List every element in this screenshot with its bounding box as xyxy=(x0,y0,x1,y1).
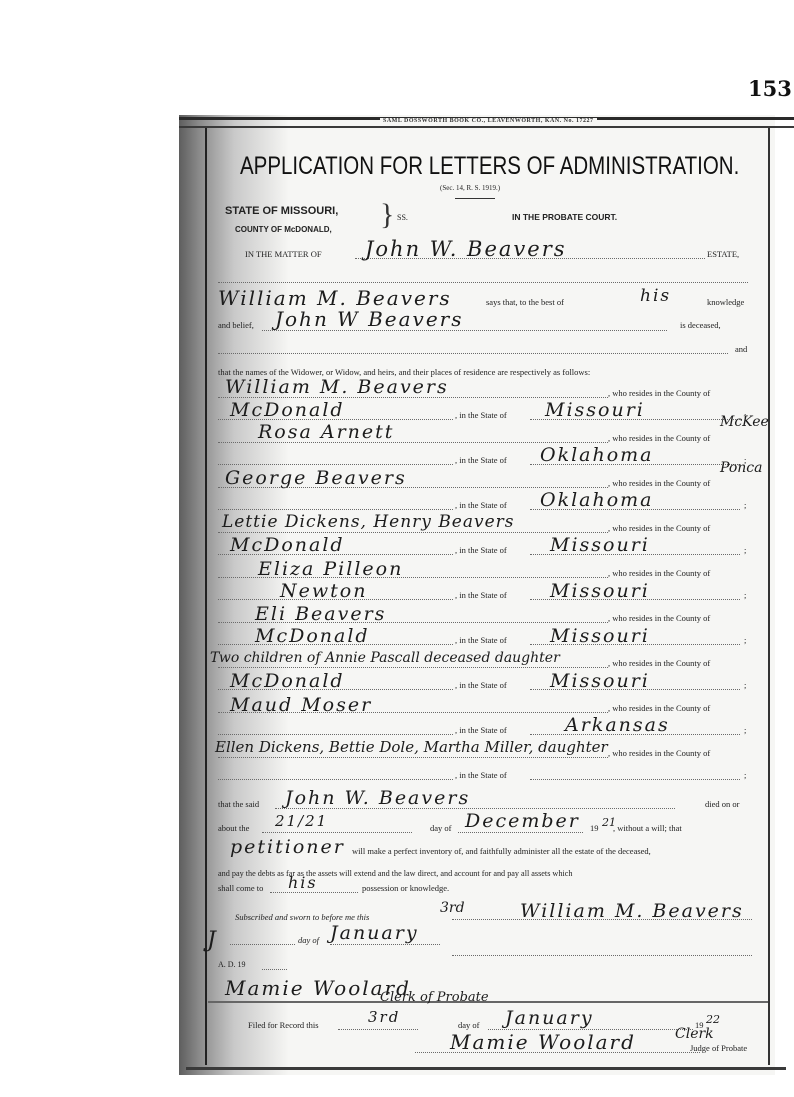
heir-3-state: Oklahoma xyxy=(540,489,654,511)
died-label: died on or xyxy=(705,799,739,809)
heir-6-resides: , who resides in the County of xyxy=(608,613,710,623)
pronoun: his xyxy=(640,286,671,306)
heir-8-resides: , who resides in the County of xyxy=(608,703,710,713)
judge-label: Judge of Probate xyxy=(690,1043,747,1053)
heir-1-dots xyxy=(218,397,608,398)
subscribed-label: Subscribed and sworn to before me this xyxy=(235,912,369,922)
heir-9-state-label: , in the State of xyxy=(455,770,507,780)
heir-6-state-label: , in the State of xyxy=(455,635,507,645)
heir-9-state-dots xyxy=(530,779,740,780)
ad-label: A. D. 19 xyxy=(218,960,246,969)
deceased-label: is deceased, xyxy=(680,320,721,330)
frame-right xyxy=(768,128,770,1065)
heir-5-state-label: , in the State of xyxy=(455,590,507,600)
heir-3-resides: , who resides in the County of xyxy=(608,478,710,488)
page-number: 153 xyxy=(748,76,792,101)
come-to-dots xyxy=(270,892,358,893)
and-dots xyxy=(218,353,728,354)
heir-7-resides: , who resides in the County of xyxy=(608,658,710,668)
clerk-title: Clerk of Probate xyxy=(380,990,489,1005)
heir-3-state-dots xyxy=(530,509,740,510)
deceased-name: John W Beavers xyxy=(275,307,464,331)
heir-4-state-label: , in the State of xyxy=(455,545,507,555)
day-of-label: day of xyxy=(430,823,451,833)
heir-5-state-dots xyxy=(530,599,740,600)
filed-day: 3rd xyxy=(368,1008,400,1026)
court-label: IN THE PROBATE COURT. xyxy=(512,212,617,222)
heir-1-resides: , who resides in the County of xyxy=(608,388,710,398)
heir-2-resides: , who resides in the County of xyxy=(608,433,710,443)
scan-shadow xyxy=(179,115,289,1075)
judge-note: Clerk xyxy=(675,1026,714,1042)
heir-1-state: Missouri xyxy=(545,399,645,421)
heir-2-state: Oklahoma xyxy=(540,444,654,466)
bottom-border xyxy=(186,1067,786,1070)
possession-label: possession or knowledge. xyxy=(362,883,449,893)
debts-text: and pay the debts as far as the assets w… xyxy=(218,869,572,878)
semicolon: ; xyxy=(744,545,746,555)
ad-dots xyxy=(262,969,287,970)
inventory-text: will make a perfect inventory of, and fa… xyxy=(352,846,651,856)
sworn-day-dots xyxy=(230,944,295,945)
estate-label: ESTATE, xyxy=(707,249,739,259)
sworn-month: January xyxy=(330,922,419,944)
judge-signature: Mamie Woolard xyxy=(450,1030,636,1054)
semicolon: ; xyxy=(744,725,746,735)
semicolon: ; xyxy=(744,635,746,645)
semicolon: ; xyxy=(744,590,746,600)
day-of-label2: day of xyxy=(298,935,319,945)
filed-label: Filed for Record this xyxy=(248,1020,319,1030)
filed-day-of-label: day of xyxy=(458,1020,479,1030)
knowledge-label: knowledge xyxy=(707,297,744,307)
frame-left xyxy=(205,128,207,1065)
brace: } xyxy=(380,198,394,232)
heir-4-state: Missouri xyxy=(550,534,650,556)
heir-4-name: Lettie Dickens, Henry Beavers xyxy=(222,512,515,532)
and-label: and xyxy=(735,344,747,354)
death-month: December xyxy=(465,810,580,832)
heir-8-state: Arkansas xyxy=(565,714,670,736)
heir-2-state-label: , in the State of xyxy=(455,455,507,465)
matter-name: John W. Beavers xyxy=(365,237,567,261)
heir-2-county: McKee xyxy=(720,414,769,430)
heir-3-dots xyxy=(218,487,608,488)
that-said-label: that the said xyxy=(218,799,259,809)
heir-7-name: Two children of Annie Pascall deceased d… xyxy=(210,650,560,666)
about-dots xyxy=(262,832,412,833)
heir-1-state-label: , in the State of xyxy=(455,410,507,420)
signature-dots-2 xyxy=(452,955,752,956)
sworn-day: 3rd xyxy=(440,900,465,916)
heir-9-dots xyxy=(218,757,608,758)
heir-6-county-dots xyxy=(218,644,453,645)
top-border-inner xyxy=(179,126,794,128)
title-rule xyxy=(455,198,495,199)
come-to-label: shall come to xyxy=(218,883,263,893)
heir-3-county: Ponca xyxy=(720,460,763,476)
heir-2-dots xyxy=(218,442,608,443)
heir-4-county: McDonald xyxy=(230,534,345,556)
without-will-label: , without a will; that xyxy=(613,823,682,833)
filed-day-dots xyxy=(338,1029,418,1030)
heir-9-name: Ellen Dickens, Bettie Dole, Martha Mille… xyxy=(215,738,608,756)
possession-pronoun: his xyxy=(288,873,318,892)
sworn-initial: J xyxy=(207,928,218,953)
heir-1-county-dots xyxy=(218,419,453,420)
heir-5-county-dots xyxy=(218,599,453,600)
says-label: says that, to the best of xyxy=(486,297,564,307)
belief-label: and belief, xyxy=(218,320,254,330)
heir-7-dots xyxy=(218,667,608,668)
heir-4-state-dots xyxy=(530,554,740,555)
heir-8-dots xyxy=(218,712,608,713)
heir-9-county-dots xyxy=(218,779,453,780)
heir-8-county-dots xyxy=(218,734,453,735)
semicolon: ; xyxy=(744,680,746,690)
heir-4-dots xyxy=(218,532,608,533)
heir-1-name: William M. Beavers xyxy=(225,376,449,398)
ss-label: SS. xyxy=(397,213,408,222)
heir-4-county-dots xyxy=(218,554,453,555)
month-dots xyxy=(458,832,583,833)
heir-4-resides: , who resides in the County of xyxy=(608,523,710,533)
matter-label: IN THE MATTER OF xyxy=(245,249,322,259)
state-label: STATE OF MISSOURI, xyxy=(225,205,338,217)
heir-6-dots xyxy=(218,622,608,623)
heir-7-county-dots xyxy=(218,689,453,690)
heir-3-name: George Beavers xyxy=(225,467,407,489)
county-label: COUNTY OF McDONALD, xyxy=(235,225,332,234)
sworn-month-dots xyxy=(330,944,440,945)
printer-line: SAML DOSSWORTH BOOK CO., LEAVENWORTH, KA… xyxy=(380,118,597,124)
heir-6-state-dots xyxy=(530,644,740,645)
filed-year: 22 xyxy=(706,1013,720,1026)
heir-3-state-label: , in the State of xyxy=(455,500,507,510)
about-label: about the xyxy=(218,823,249,833)
petitioner-signature: William M. Beavers xyxy=(520,900,744,922)
blank-line xyxy=(218,282,748,283)
heir-8-state-dots xyxy=(530,734,740,735)
administrator: petitioner xyxy=(230,836,345,858)
heir-5-resides: , who resides in the County of xyxy=(608,568,710,578)
form-subtitle: (Sec. 14, R. S. 1919.) xyxy=(440,184,500,192)
heir-1-state-dots xyxy=(530,419,740,420)
heir-5-dots xyxy=(218,577,608,578)
heir-2-name: Rosa Arnett xyxy=(258,421,394,443)
form-title: APPLICATION FOR LETTERS OF ADMINISTRATIO… xyxy=(240,152,739,181)
death-day: 21/21 xyxy=(275,812,328,830)
heir-2-county-dots xyxy=(218,464,453,465)
filed-month: January xyxy=(505,1007,594,1029)
heir-2-state-dots xyxy=(530,464,740,465)
heir-7-state-dots xyxy=(530,689,740,690)
heir-8-state-label: , in the State of xyxy=(455,725,507,735)
heir-7-state-label: , in the State of xyxy=(455,680,507,690)
semicolon: ; xyxy=(744,500,746,510)
semicolon: ; xyxy=(744,770,746,780)
heir-3-county-dots xyxy=(218,509,453,510)
heir-1-county: McDonald xyxy=(230,399,345,421)
said-name: John W. Beavers xyxy=(285,787,470,809)
heir-9-resides: , who resides in the County of xyxy=(608,748,710,758)
year-prefix: 19 xyxy=(590,823,599,833)
